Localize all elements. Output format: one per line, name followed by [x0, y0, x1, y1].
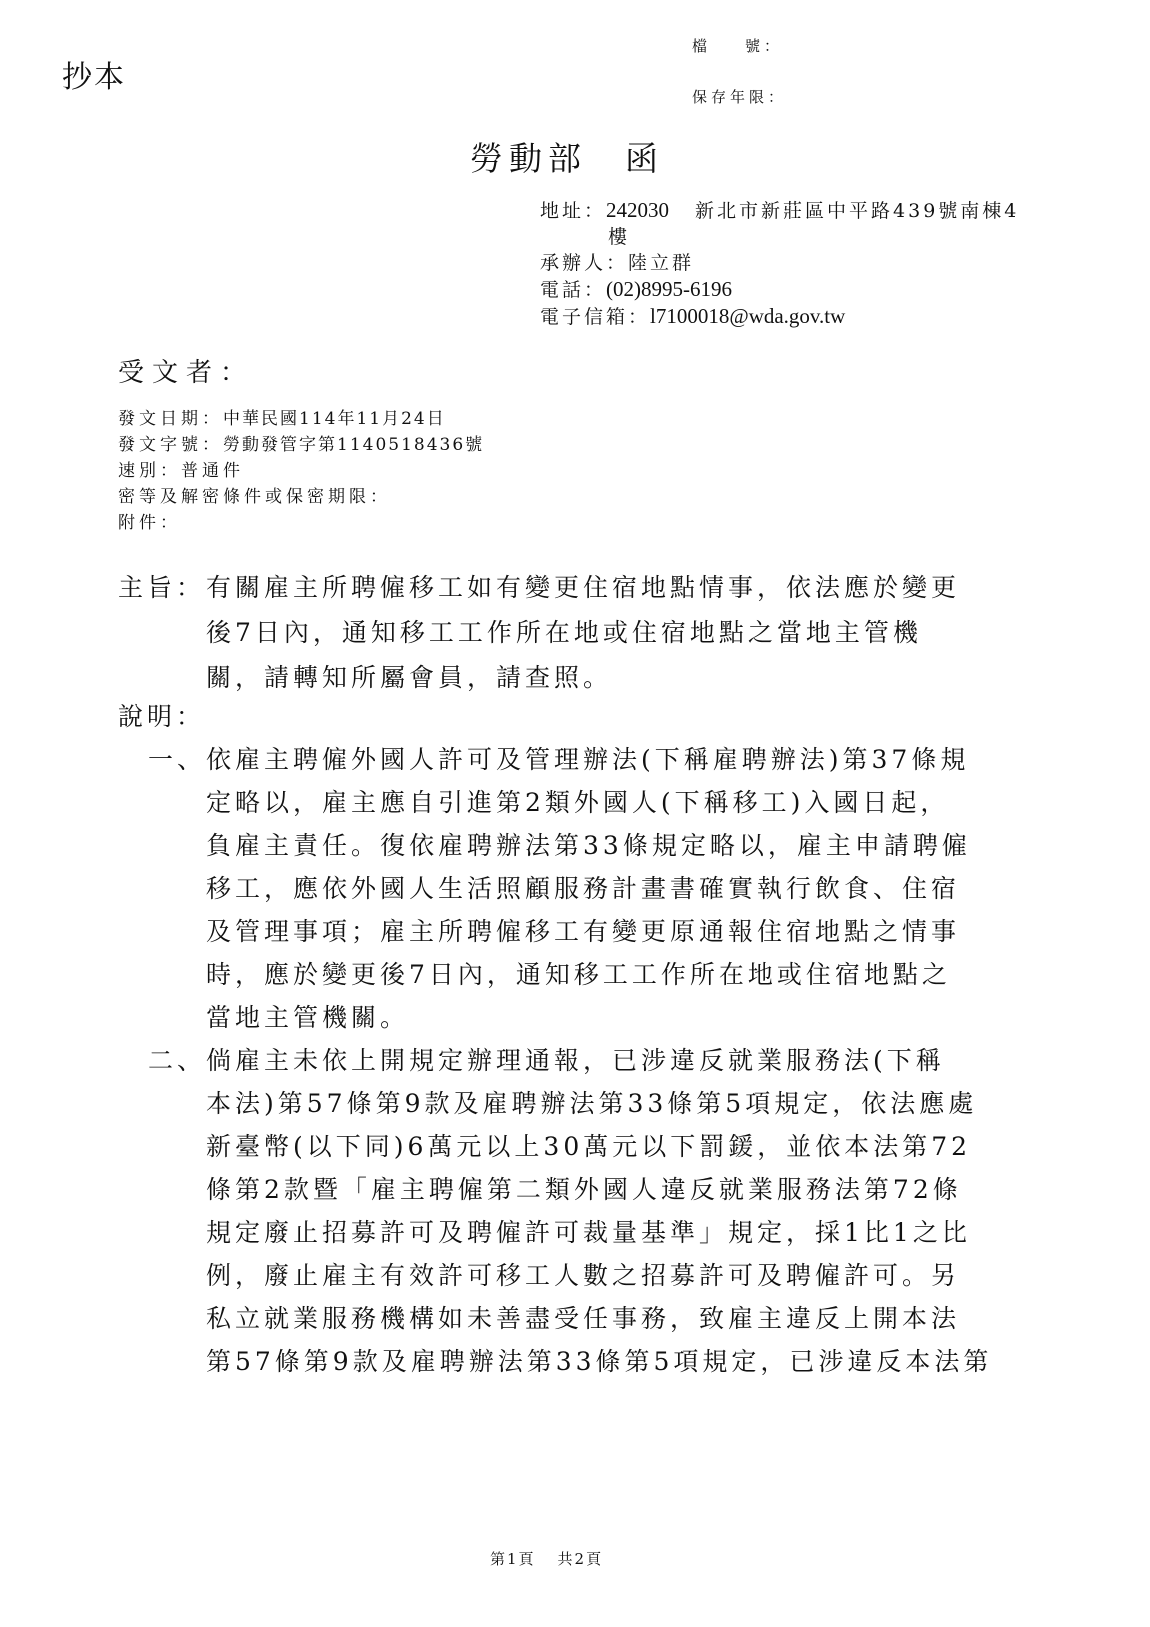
secrecy-label: 密等及解密條件或保密期限： — [118, 487, 391, 507]
reference-number-label: 發文字號： — [118, 435, 223, 455]
speed-value: 普通件 — [181, 461, 244, 481]
item-line: 本法)第57條第9款及雇聘辦法第33條第5項規定，依法應處 — [206, 1084, 977, 1120]
recipient-label: 受文者： — [118, 352, 254, 389]
subject-line: 有關雇主所聘僱移工如有變更住宿地點情事，依法應於變更 — [206, 565, 960, 610]
email-value: l7100018@wda.gov.tw — [650, 304, 845, 328]
address-row: 地址：242030新北市新莊區中平路439號南棟4 — [540, 197, 1019, 224]
address-zip: 242030 — [606, 198, 669, 222]
phone-label: 電話： — [540, 279, 606, 301]
subject-label: 主旨： — [118, 565, 205, 610]
item-line: 當地主管機關。 — [206, 998, 409, 1034]
copy-mark: 抄本 — [62, 52, 126, 96]
issue-info-block: 發文日期：中華民國114年11月24日 發文字號：勞動發管字第114051843… — [118, 406, 484, 536]
attachment-row: 附件： — [118, 510, 484, 536]
explanation-label: 說明： — [118, 697, 205, 733]
item-line: 依雇主聘僱外國人許可及管理辦法(下稱雇聘辦法)第37條規 — [206, 740, 969, 776]
item-line: 條第2款暨「雇主聘僱第二類外國人違反就業服務法第72條 — [206, 1170, 962, 1206]
subject-line: 後7日內，通知移工工作所在地或住宿地點之當地主管機 — [206, 610, 922, 655]
phone-value: (02)8995-6196 — [606, 277, 732, 301]
item-line: 私立就業服務機構如未善盡受任事務，致雇主違反上開本法 — [206, 1299, 960, 1335]
item-line: 及管理事項；雇主所聘僱移工有變更原通報住宿地點之情事 — [206, 912, 960, 948]
item-line: 負雇主責任。復依雇聘辦法第33條規定略以，雇主申請聘僱 — [206, 826, 971, 862]
handler-row: 承辦人：陸立群 — [540, 250, 1019, 276]
retention-period-label: 保存年限： — [692, 86, 787, 107]
email-label: 電子信箱： — [540, 306, 650, 328]
item-line: 新臺幣(以下同)6萬元以上30萬元以下罰鍰，並依本法第72 — [206, 1127, 971, 1163]
file-number-label-part2: 號： — [745, 37, 783, 55]
issue-date-row: 發文日期：中華民國114年11月24日 — [118, 406, 484, 432]
item-number: 二、 — [148, 1041, 206, 1077]
handler-label: 承辦人： — [540, 252, 628, 274]
attachment-label: 附件： — [118, 513, 181, 533]
item-line: 第57條第9款及雇聘辦法第33條第5項規定，已涉違反本法第 — [206, 1342, 992, 1378]
item-line: 移工，應依外國人生活照顧服務計畫書確實執行飲食、住宿 — [206, 869, 960, 905]
issue-date-value: 中華民國114年11月24日 — [223, 409, 446, 429]
handler-name: 陸立群 — [628, 252, 694, 274]
subject-line: 關，請轉知所屬會員，請查照。 — [206, 655, 612, 700]
page-indicator: 第1頁共2頁 — [490, 1548, 603, 1569]
item-line: 例，廢止雇主有效許可移工人數之招募許可及聘僱許可。另 — [206, 1256, 960, 1292]
file-number-label: 檔號： — [692, 35, 783, 56]
item-line: 時，應於變更後7日內，通知移工工作所在地或住宿地點之 — [206, 955, 951, 991]
phone-row: 電話：(02)8995-6196 — [540, 276, 1019, 303]
speed-row: 速別：普通件 — [118, 458, 484, 484]
address-line1: 新北市新莊區中平路439號南棟4 — [695, 200, 1019, 222]
address-line2: 樓 — [540, 224, 1019, 250]
item-line: 規定廢止招募許可及聘僱許可裁量基準」規定，採1比1之比 — [206, 1213, 971, 1249]
contact-block: 地址：242030新北市新莊區中平路439號南棟4 樓 承辦人：陸立群 電話：(… — [540, 197, 1019, 330]
address-label: 地址： — [540, 200, 606, 222]
item-line: 倘雇主未依上開規定辦理通報，已涉違反就業服務法(下稱 — [206, 1041, 945, 1077]
item-line: 定略以，雇主應自引進第2類外國人(下稱移工)入國日起， — [206, 783, 949, 819]
issue-date-label: 發文日期： — [118, 409, 223, 429]
speed-label: 速別： — [118, 461, 181, 481]
item-number: 一、 — [148, 740, 206, 776]
email-row: 電子信箱：l7100018@wda.gov.tw — [540, 303, 1019, 330]
issuing-agency: 勞動部 — [470, 139, 587, 178]
page-total: 共2頁 — [558, 1550, 604, 1568]
reference-number-value: 勞動發管字第1140518436號 — [223, 435, 484, 455]
secrecy-row: 密等及解密條件或保密期限： — [118, 484, 484, 510]
file-number-label-part1: 檔 — [692, 37, 711, 55]
document-type: 函 — [625, 139, 664, 178]
document-title: 勞動部函 — [470, 133, 664, 180]
page-current: 第1頁 — [490, 1550, 536, 1568]
reference-number-row: 發文字號：勞動發管字第1140518436號 — [118, 432, 484, 458]
